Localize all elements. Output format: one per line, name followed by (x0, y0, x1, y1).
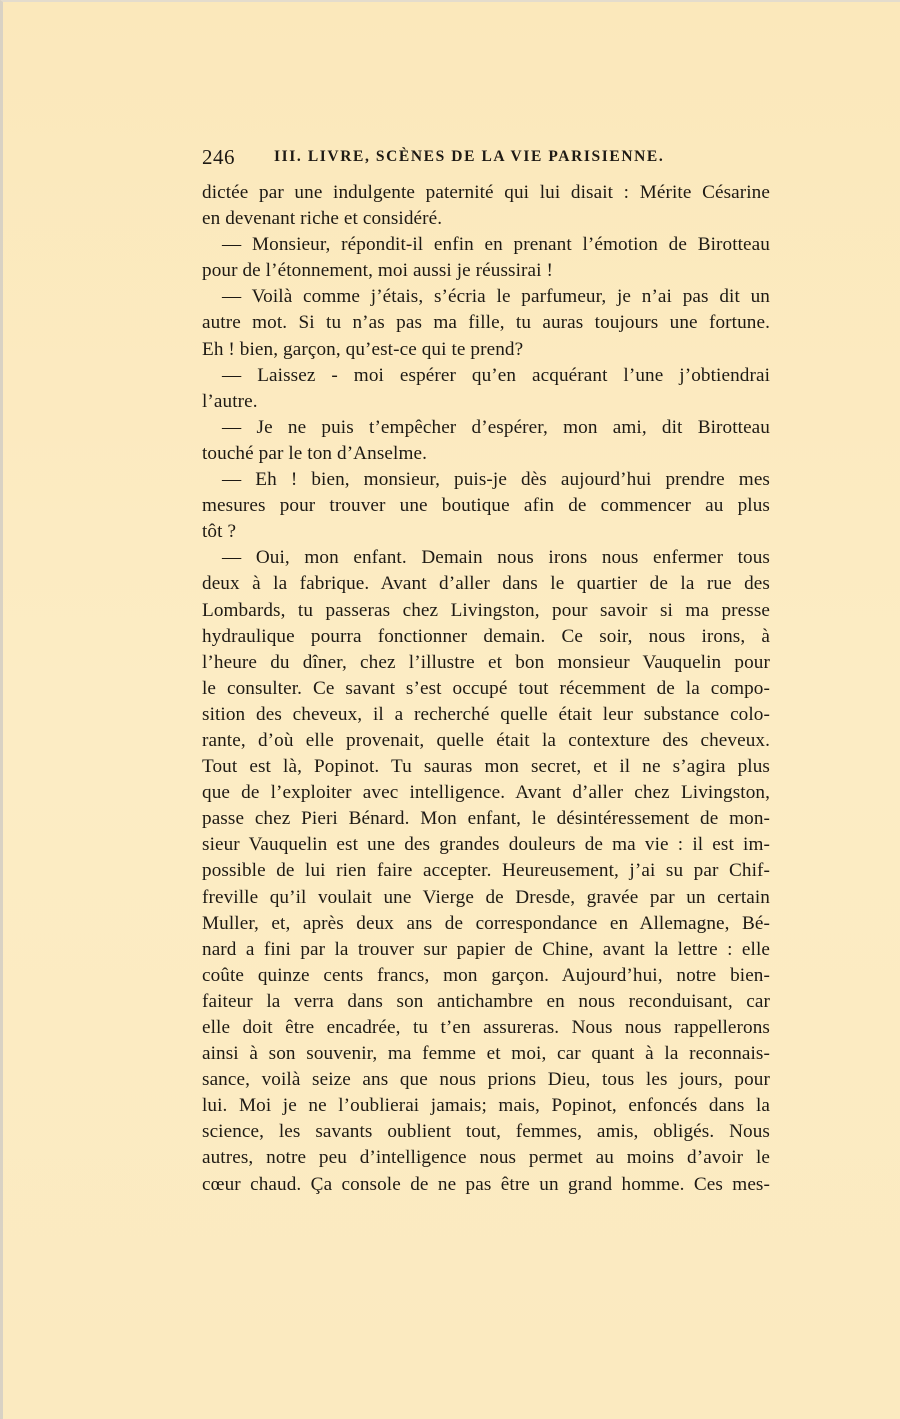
text-line: passe chez Pieri Bénard. Mon enfant, le … (202, 806, 770, 832)
text-line: mesures pour trouver une boutique afin d… (202, 493, 770, 519)
text-line: en devenant riche et considéré. (202, 206, 770, 232)
book-page: 246 III. LIVRE, SCÈNES DE LA VIE PARISIE… (0, 0, 900, 1419)
text-line: hydraulique pourra fonctionner demain. C… (202, 624, 770, 650)
text-line: Muller, et, après deux ans de correspond… (202, 911, 770, 937)
text-line: sition des cheveux, il a recherché quell… (202, 702, 770, 728)
page-header: 246 III. LIVRE, SCÈNES DE LA VIE PARISIE… (202, 145, 772, 171)
text-line: pour de l’étonnement, moi aussi je réuss… (202, 258, 770, 284)
text-line: — Oui, mon enfant. Demain nous irons nou… (202, 545, 770, 571)
text-line: Eh ! bien, garçon, qu’est-ce qui te pren… (202, 337, 770, 363)
text-line: l’autre. (202, 389, 770, 415)
text-line: — Je ne puis t’empêcher d’espérer, mon a… (202, 415, 770, 441)
text-line: science, les savants oublient tout, femm… (202, 1119, 770, 1145)
text-line: que de l’exploiter avec intelligence. Av… (202, 780, 770, 806)
text-line: rante, d’où elle provenait, quelle était… (202, 728, 770, 754)
text-line: sance, voilà seize ans que nous prions D… (202, 1067, 770, 1093)
text-line: lui. Moi je ne l’oublierai jamais; mais,… (202, 1093, 770, 1119)
text-line: — Monsieur, répondit-il enfin en prenant… (202, 232, 770, 258)
text-line: freville qu’il voulait une Vierge de Dre… (202, 885, 770, 911)
text-line: possible de lui rien faire accepter. Heu… (202, 858, 770, 884)
text-line: ainsi à son souvenir, ma femme et moi, c… (202, 1041, 770, 1067)
text-line: dictée par une indulgente paternité qui … (202, 180, 770, 206)
text-line: autre mot. Si tu n’as pas ma fille, tu a… (202, 310, 770, 336)
text-line: l’heure du dîner, chez l’illustre et bon… (202, 650, 770, 676)
text-line: coûte quinze cents francs, mon garçon. A… (202, 963, 770, 989)
text-line: Lombards, tu passeras chez Livingston, p… (202, 598, 770, 624)
text-line: touché par le ton d’Anselme. (202, 441, 770, 467)
text-line: — Voilà comme j’étais, s’écria le parfum… (202, 284, 770, 310)
running-head: III. LIVRE, SCÈNES DE LA VIE PARISIENNE. (274, 148, 664, 166)
body-text: dictée par une indulgente paternité qui … (202, 180, 770, 1198)
text-line: sieur Vauquelin est une des grandes doul… (202, 832, 770, 858)
text-line: elle doit être encadrée, tu t’en assurer… (202, 1015, 770, 1041)
text-line: autres, notre peu d’intelligence nous pe… (202, 1145, 770, 1171)
text-line: Tout est là, Popinot. Tu sauras mon secr… (202, 754, 770, 780)
text-line: — Eh ! bien, monsieur, puis-je dès aujou… (202, 467, 770, 493)
text-line: tôt ? (202, 519, 770, 545)
text-line: nard a fini par la trouver sur papier de… (202, 937, 770, 963)
text-line: deux à la fabrique. Avant d’aller dans l… (202, 571, 770, 597)
text-line: le consulter. Ce savant s’est occupé tou… (202, 676, 770, 702)
text-line: cœur chaud. Ça console de ne pas être un… (202, 1172, 770, 1198)
text-line: faiteur la verra dans son antichambre en… (202, 989, 770, 1015)
page-number: 246 (202, 145, 235, 170)
text-line: — Laissez - moi espérer qu’en acquérant … (202, 363, 770, 389)
